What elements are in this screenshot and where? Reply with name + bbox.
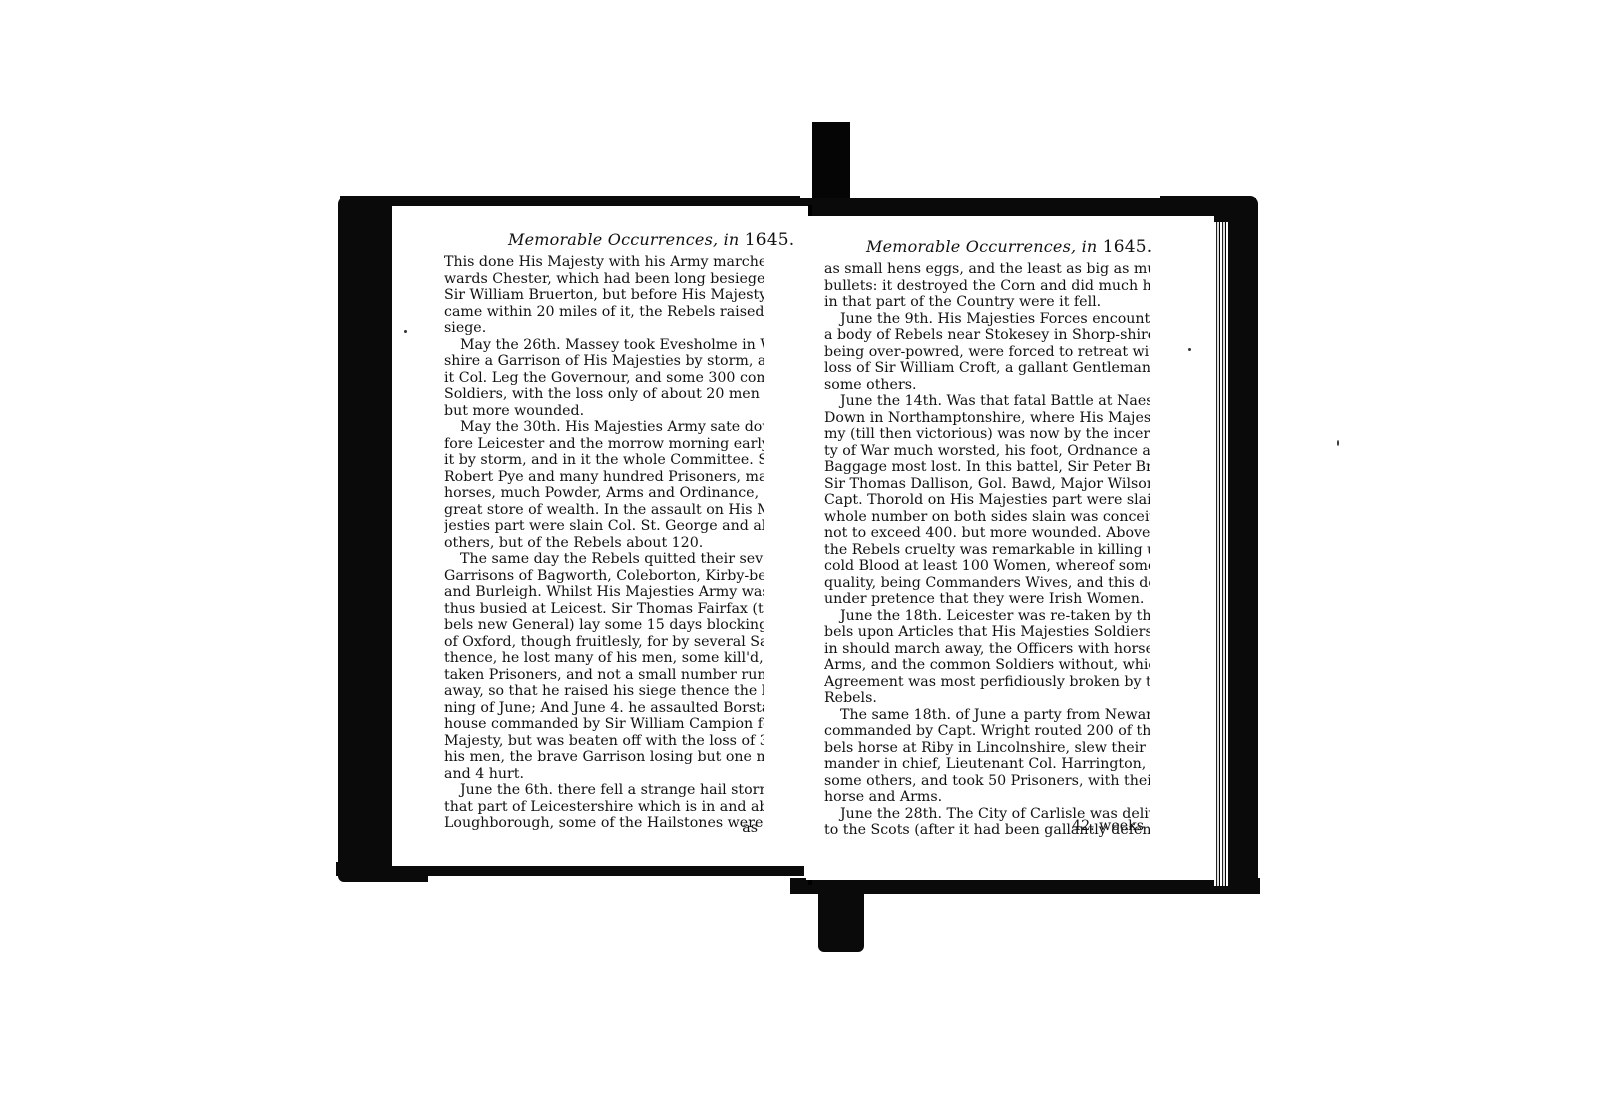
right-catchword: 42. weeks [1072,818,1144,834]
running-head-year: 1645. [1103,237,1153,257]
text-line: siege. [444,320,764,337]
text-line: cold Blood at least 100 Women, whereof s… [824,558,1150,575]
text-line: bels upon Articles that His Majesties So… [824,624,1150,641]
left-page-body: This done His Majesty with his Army marc… [444,254,764,832]
text-line: a body of Rebels near Stokesey in Shorp-… [824,327,1150,344]
text-line: it by storm, and in it the whole Committ… [444,452,764,469]
text-line: commanded by Capt. Wright routed 200 of … [824,723,1150,740]
left-running-head: Memorable Occurrences, in 1645. [508,230,794,250]
text-line: The same 18th. of June a party from Newa… [824,707,1150,724]
text-line: bels new General) lay some 15 days block… [444,617,764,634]
text-line: wards Chester, which had been long besie… [444,271,764,288]
text-line: Loughborough, some of the Hailstones wer… [444,815,764,832]
text-line: June the 9th. His Majesties Forces encou… [824,311,1150,328]
text-line: loss of Sir William Croft, a gallant Gen… [824,360,1150,377]
text-line: mander in chief, Lieutenant Col. Harring… [824,756,1150,773]
text-line: others, but of the Rebels about 120. [444,535,764,552]
text-line: horse and Arms. [824,789,1150,806]
text-line: and 4 hurt. [444,766,764,783]
text-line: some others. [824,377,1150,394]
text-line: Soldiers, with the loss only of about 20… [444,386,764,403]
text-line: Agreement was most perfidiously broken b… [824,674,1150,691]
text-line: my (till then victorious) was now by the… [824,426,1150,443]
text-line: Sir William Bruerton, but before His Maj… [444,287,764,304]
text-line: May the 26th. Massey took Evesholme in W… [444,337,764,354]
text-line: shire a Garrison of His Majesties by sto… [444,353,764,370]
text-line: Capt. Thorold on His Majesties part were… [824,492,1150,509]
text-line: thence, he lost many of his men, some ki… [444,650,764,667]
text-line: and Burleigh. Whilst His Majesties Army … [444,584,764,601]
text-line: Garrisons of Bagworth, Coleborton, Kirby… [444,568,764,585]
left-catchword: as [742,820,758,836]
text-line: great store of wealth. In the assault on… [444,502,764,519]
running-head-title: Memorable Occurrences, in [508,230,739,249]
right-running-head: Memorable Occurrences, in 1645. [866,237,1152,257]
text-line: as small hens eggs, and the least as big… [824,261,1150,278]
text-line: Rebels. [824,690,1150,707]
text-line: not to exceed 400. but more wounded. Abo… [824,525,1150,542]
text-line: taken Prisoners, and not a small number … [444,667,764,684]
text-line: thus busied at Leicest. Sir Thomas Fairf… [444,601,764,618]
page-edges-fore-edge [1214,222,1228,886]
scan-speck [404,330,407,333]
book-spine-top [812,122,850,210]
text-line: bullets: it destroyed the Corn and did m… [824,278,1150,295]
text-line: some others, and took 50 Prisoners, with… [824,773,1150,790]
text-line: Sir Thomas Dallison, Gol. Bawd, Major Wi… [824,476,1150,493]
text-line: Arms, and the common Soldiers without, w… [824,657,1150,674]
book-spine-bottom [818,890,864,952]
text-line: June the 18th. Leicester was re-taken by… [824,608,1150,625]
text-line: the Rebels cruelty was remarkable in kil… [824,542,1150,559]
text-line: of Oxford, though fruitlesly, for by sev… [444,634,764,651]
text-line: being over-powred, were forced to retrea… [824,344,1150,361]
text-line: house commanded by Sir William Campion f… [444,716,764,733]
text-line: under pretence that they were Irish Wome… [824,591,1150,608]
right-page: Memorable Occurrences, in 1645. as small… [806,216,1214,880]
text-line: in that part of the Country were it fell… [824,294,1150,311]
text-line: ty of War much worsted, his foot, Ordnan… [824,443,1150,460]
text-line: that part of Leicestershire which is in … [444,799,764,816]
text-line: in should march away, the Officers with … [824,641,1150,658]
text-line: whole number on both sides slain was con… [824,509,1150,526]
right-page-body: as small hens eggs, and the least as big… [824,261,1150,839]
text-line: it Col. Leg the Governour, and some 300 … [444,370,764,387]
text-line: June the 6th. there fell a strange hail … [444,782,764,799]
running-head-title: Memorable Occurrences, in [866,237,1097,256]
left-page: Memorable Occurrences, in 1645. This don… [392,206,808,866]
text-line: bels horse at Riby in Lincolnshire, slew… [824,740,1150,757]
text-line: June the 14th. Was that fatal Battle at … [824,393,1150,410]
text-line: away, so that he raised his siege thence… [444,683,764,700]
text-line: ning of June; And June 4. he assaulted B… [444,700,764,717]
scan-speck [1337,440,1339,446]
text-line: Robert Pye and many hundred Prisoners, m… [444,469,764,486]
text-line: but more wounded. [444,403,764,420]
text-line: came within 20 miles of it, the Rebels r… [444,304,764,321]
text-line: May the 30th. His Majesties Army sate do… [444,419,764,436]
running-head-year: 1645. [745,230,795,250]
text-line: Down in Northamptonshire, where His Maje… [824,410,1150,427]
text-line: Baggage most lost. In this battel, Sir P… [824,459,1150,476]
text-line: This done His Majesty with his Army marc… [444,254,764,271]
text-line: jesties part were slain Col. St. George … [444,518,764,535]
text-line: The same day the Rebels quitted their se… [444,551,764,568]
scan-speck [1188,348,1191,351]
text-line: his men, the brave Garrison losing but o… [444,749,764,766]
text-line: quality, being Commanders Wives, and thi… [824,575,1150,592]
text-line: horses, much Powder, Arms and Ordinance,… [444,485,764,502]
text-line: Majesty, but was beaten off with the los… [444,733,764,750]
text-line: fore Leicester and the morrow morning ea… [444,436,764,453]
